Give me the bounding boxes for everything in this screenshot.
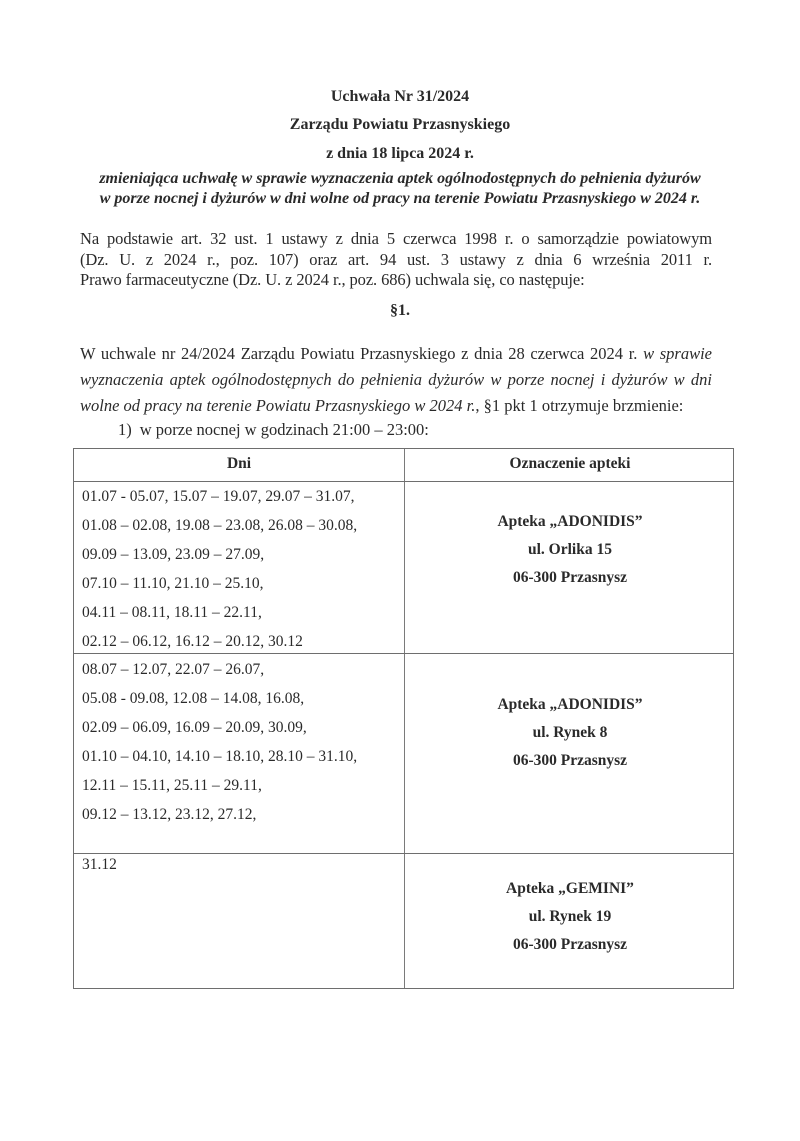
table-row-pharmacy: Apteka „ADONIDIS” ul. Rynek 8 06-300 Prz… <box>405 691 735 775</box>
row-divider <box>74 853 733 854</box>
days-line: 01.08 – 02.08, 19.08 – 23.08, 26.08 – 30… <box>82 511 357 540</box>
resolution-subject: zmieniająca uchwałę w sprawie wyznaczeni… <box>82 169 718 209</box>
point-text: w porze nocnej w godzinach 21:00 – 23:00… <box>140 420 429 439</box>
section-mark: §1. <box>0 302 800 320</box>
days-line: 07.10 – 11.10, 21.10 – 25.10, <box>82 569 357 598</box>
point-item: 1)w porze nocnej w godzinach 21:00 – 23:… <box>118 420 429 440</box>
pharmacy-name: Apteka „ADONIDIS” <box>405 691 735 719</box>
subject-line: zmieniająca uchwałę w sprawie wyznaczeni… <box>82 169 718 189</box>
days-line: 12.11 – 15.11, 25.11 – 29.11, <box>82 771 357 800</box>
table-row-pharmacy: Apteka „GEMINI” ul. Rynek 19 06-300 Prza… <box>405 875 735 959</box>
amendment-text: W uchwale nr 24/2024 Zarządu Powiatu Prz… <box>80 344 643 363</box>
resolution-title: Uchwała Nr 31/2024 <box>0 88 800 106</box>
days-line: 02.12 – 06.12, 16.12 – 20.12, 30.12 <box>82 627 357 656</box>
table-row-days: 01.07 - 05.07, 15.07 – 19.07, 29.07 – 31… <box>82 482 357 656</box>
legal-basis-line: Na podstawie art. 32 ust. 1 ustawy z dni… <box>80 229 712 250</box>
legal-basis-line: (Dz. U. z 2024 r., poz. 107) oraz art. 9… <box>80 250 712 271</box>
subject-line: w porze nocnej i dyżurów w dni wolne od … <box>82 189 718 209</box>
column-header-pharmacy: Oznaczenie apteki <box>405 449 735 482</box>
days-line: 01.10 – 04.10, 14.10 – 18.10, 28.10 – 31… <box>82 742 357 771</box>
duty-schedule-table: Dni Oznaczenie apteki 01.07 - 05.07, 15.… <box>73 448 734 989</box>
resolution-issuer: Zarządu Powiatu Przasnyskiego <box>0 116 800 134</box>
days-line: 02.09 – 06.09, 16.09 – 20.09, 30.09, <box>82 713 357 742</box>
amendment-line: W uchwale nr 24/2024 Zarządu Powiatu Prz… <box>80 341 712 367</box>
amendment-text: , §1 pkt 1 otrzymuje brzmienie: <box>475 396 683 415</box>
pharmacy-street: ul. Rynek 19 <box>405 903 735 931</box>
pharmacy-name: Apteka „ADONIDIS” <box>405 508 735 536</box>
days-line: 31.12 <box>82 854 117 876</box>
pharmacy-city: 06-300 Przasnysz <box>405 931 735 959</box>
pharmacy-city: 06-300 Przasnysz <box>405 747 735 775</box>
pharmacy-street: ul. Orlika 15 <box>405 536 735 564</box>
point-number: 1) <box>118 420 132 439</box>
legal-basis-paragraph: Na podstawie art. 32 ust. 1 ustawy z dni… <box>80 229 712 291</box>
pharmacy-street: ul. Rynek 8 <box>405 719 735 747</box>
table-row-days: 08.07 – 12.07, 22.07 – 26.07, 05.08 - 09… <box>82 655 357 829</box>
days-line: 08.07 – 12.07, 22.07 – 26.07, <box>82 655 357 684</box>
table-row-pharmacy: Apteka „ADONIDIS” ul. Orlika 15 06-300 P… <box>405 508 735 592</box>
pharmacy-city: 06-300 Przasnysz <box>405 564 735 592</box>
days-line: 09.09 – 13.09, 23.09 – 27.09, <box>82 540 357 569</box>
days-line: 04.11 – 08.11, 18.11 – 22.11, <box>82 598 357 627</box>
resolution-date: z dnia 18 lipca 2024 r. <box>0 145 800 163</box>
legal-basis-line: Prawo farmaceutyczne (Dz. U. z 2024 r., … <box>80 270 712 291</box>
column-header-days: Dni <box>74 449 404 482</box>
amendment-italic-text: wolne od pracy na terenie Powiatu Przasn… <box>80 396 475 415</box>
amendment-italic-text: w sprawie <box>643 344 712 363</box>
amendment-line: wyznaczenia aptek ogólnodostępnych do pe… <box>80 367 712 393</box>
amendment-paragraph: W uchwale nr 24/2024 Zarządu Powiatu Prz… <box>80 341 712 419</box>
pharmacy-name: Apteka „GEMINI” <box>405 875 735 903</box>
days-line: 05.08 - 09.08, 12.08 – 14.08, 16.08, <box>82 684 357 713</box>
days-line: 01.07 - 05.07, 15.07 – 19.07, 29.07 – 31… <box>82 482 357 511</box>
days-line: 09.12 – 13.12, 23.12, 27.12, <box>82 800 357 829</box>
table-row-days: 31.12 <box>82 854 117 876</box>
amendment-line: wolne od pracy na terenie Powiatu Przasn… <box>80 393 712 419</box>
